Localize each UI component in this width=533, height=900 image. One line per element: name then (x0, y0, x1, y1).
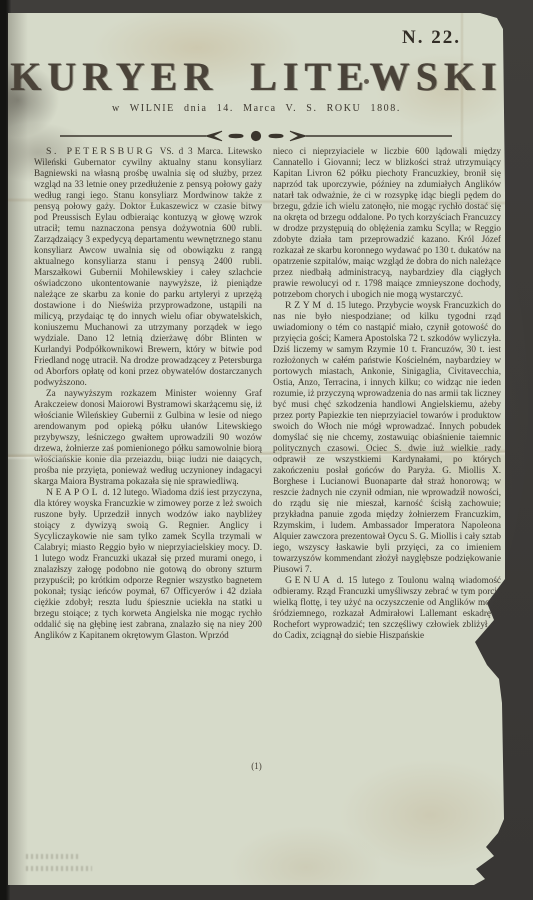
article-paragraph: NEAPOL d. 12 lutego. Wiadoma dziś iest p… (34, 487, 262, 641)
scanned-newspaper-page: N. 22. KURYER LITEWSKI w WILNIE dnia 14.… (0, 0, 533, 900)
ornament-divider-rule (56, 127, 456, 145)
article-paragraph: GENUA d. 15 lutego z Toulonu walną wiado… (273, 575, 501, 641)
article-dateline-lead: S. PETERSBURG (46, 146, 155, 157)
article-columns: S. PETERSBURG VS. d 3 Marca. Litewsko Wi… (34, 146, 502, 641)
newspaper-sheet: N. 22. KURYER LITEWSKI w WILNIE dnia 14.… (8, 13, 505, 885)
ink-bleedthrough (26, 866, 92, 871)
ink-spot (364, 79, 369, 84)
article-paragraph: nieco ci nieprzyiaciele w liczbie 600 lą… (273, 146, 501, 300)
article-dateline-lead: RZYM (285, 300, 324, 311)
article-paragraph: Za naywyższym rozkazem Minister woienny … (34, 388, 262, 487)
masthead-dateline: w WILNIE dnia 14. Marca V. S. ROKU 1808. (8, 103, 505, 114)
newspaper-title: KURYER LITEWSKI (8, 53, 505, 100)
issue-number: N. 22. (402, 27, 461, 49)
text-column-left: S. PETERSBURG VS. d 3 Marca. Litewsko Wi… (34, 146, 262, 641)
signature-mark: (1) (8, 761, 505, 771)
ink-bleedthrough (26, 854, 78, 859)
article-paragraph: S. PETERSBURG VS. d 3 Marca. Litewsko Wi… (34, 146, 262, 388)
fold-crease-vertical (460, 13, 464, 163)
text-column-right: nieco ci nieprzyiaciele w liczbie 600 lą… (273, 146, 501, 641)
article-dateline-lead: GENUA (285, 575, 332, 586)
article-paragraph: RZYM d. 15 lutego. Przybycie woysk Franc… (273, 300, 501, 575)
article-dateline-lead: NEAPOL (46, 487, 100, 498)
